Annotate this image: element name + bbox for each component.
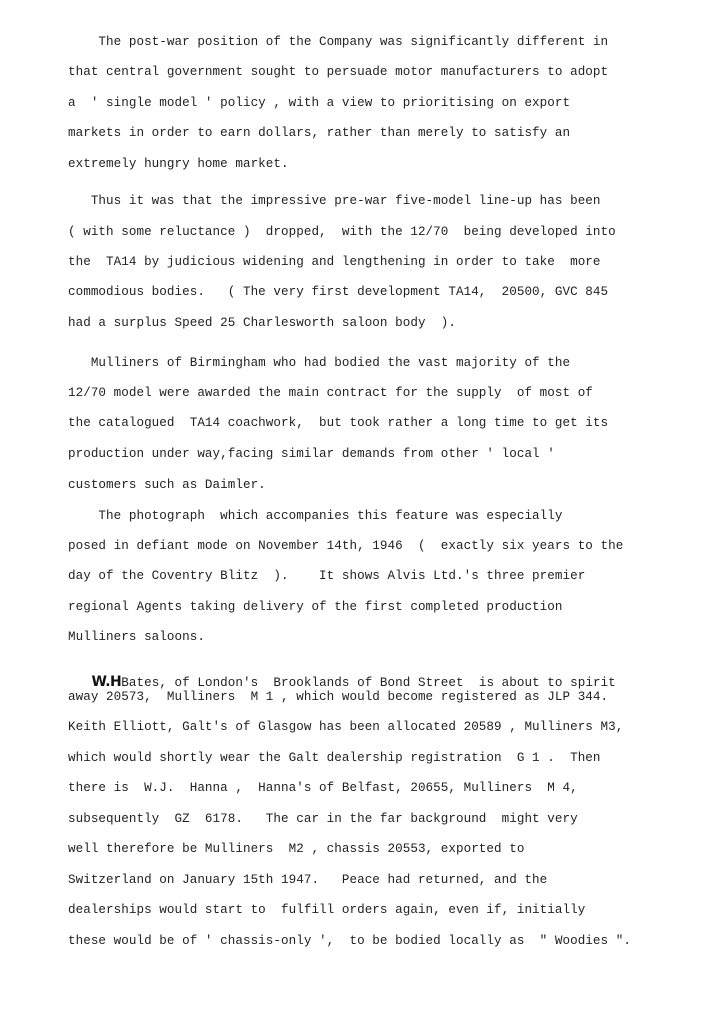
- text-line: The photograph which accompanies this fe…: [68, 508, 563, 524]
- text-line: markets in order to earn dollars, rather…: [68, 125, 570, 141]
- text-line: dealerships would start to fulfill order…: [68, 902, 585, 918]
- text-line: Mulliners of Birmingham who had bodied t…: [68, 355, 570, 371]
- text-line: ( with some reluctance ) dropped, with t…: [68, 224, 616, 240]
- handwritten-initials: W.H: [91, 674, 121, 690]
- text-line: the TA14 by judicious widening and lengt…: [68, 254, 601, 270]
- text-line: The post-war position of the Company was…: [68, 34, 608, 50]
- text-line: customers such as Daimler.: [68, 477, 266, 493]
- text-line: posed in defiant mode on November 14th, …: [68, 538, 623, 554]
- text-line: Switzerland on January 15th 1947. Peace …: [68, 872, 547, 888]
- text-line: away 20573, Mulliners M 1 , which would …: [68, 689, 608, 705]
- text-line: production under way,facing similar dema…: [68, 446, 555, 462]
- text-line: regional Agents taking delivery of the f…: [68, 599, 563, 615]
- text-line: which would shortly wear the Galt dealer…: [68, 750, 601, 766]
- text-line: a ' single model ' policy , with a view …: [68, 95, 570, 111]
- typed-document-page: The post-war position of the Company was…: [0, 0, 727, 1023]
- text-line: that central government sought to persua…: [68, 64, 608, 80]
- text-line: these would be of ' chassis-only ', to b…: [68, 933, 631, 949]
- text-line: Mulliners saloons.: [68, 629, 205, 645]
- text-line: had a surplus Speed 25 Charlesworth salo…: [68, 315, 456, 331]
- text-line: 12/70 model were awarded the main contra…: [68, 385, 593, 401]
- text-line: extremely hungry home market.: [68, 156, 289, 172]
- text-line: there is W.J. Hanna , Hanna's of Belfast…: [68, 780, 578, 796]
- text-line: Thus it was that the impressive pre-war …: [68, 193, 601, 209]
- text-line: Keith Elliott, Galt's of Glasgow has bee…: [68, 719, 623, 735]
- text-line: commodious bodies. ( The very first deve…: [68, 284, 608, 300]
- text-line-content: Bates, of London's Brooklands of Bond St…: [121, 676, 616, 690]
- text-line: subsequently GZ 6178. The car in the far…: [68, 811, 578, 827]
- text-line: day of the Coventry Blitz ). It shows Al…: [68, 568, 585, 584]
- text-line: the catalogued TA14 coachwork, but took …: [68, 415, 608, 431]
- text-line: well therefore be Mulliners M2 , chassis…: [68, 841, 524, 857]
